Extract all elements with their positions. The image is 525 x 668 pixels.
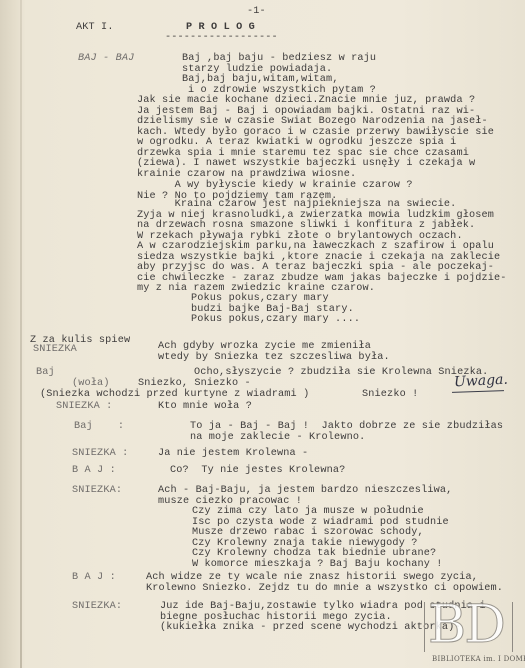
paragraph-line: drzewka spia i mnie staremu tez spac sie… — [137, 148, 469, 159]
verse-line: i o zdrowie wszystkich pytam ? — [188, 85, 376, 96]
verse-line: Baj,baj baju,witam,witam, — [182, 74, 339, 85]
page-fold — [20, 0, 22, 668]
speaker-label: (woła) — [72, 378, 110, 389]
paragraph-line: cie chwileczke - zaraz zbudze wam jakas … — [137, 273, 507, 284]
watermark-bar-right — [512, 602, 513, 652]
dialogue-line: Czy Krolewny znaja takie niewygody ? — [192, 538, 418, 549]
speaker-label: B A J : — [72, 465, 116, 476]
speaker-label: SNIEZKA : — [56, 401, 112, 412]
paragraph-line: siedza wszystkie bajki ,ktore znacie i c… — [137, 252, 500, 263]
paragraph-line: w ogrodku. A teraz kwiatki w ogrodku jes… — [137, 137, 456, 148]
watermark-letters: BD — [428, 598, 504, 652]
dialogue-line: Sniezko ! — [362, 389, 418, 400]
paragraph-line: aby przyjsc do was. A teraz bajeczki spi… — [137, 262, 494, 273]
speaker-label: SNIEZKA: — [72, 485, 122, 496]
speaker-label: SNIEZKA: — [72, 601, 122, 612]
title-underline: ------------------ — [165, 32, 278, 43]
scanned-page: -1- AKT I. P R O L O G -----------------… — [0, 0, 525, 668]
paragraph-line: dzielismy sie w czasie Swiat Bozego Naro… — [137, 116, 488, 127]
watermark-caption: BIBLIOTEKA im. I DOMEYKI — [432, 655, 525, 663]
paragraph-line: kach. Wtedy było goraco i w czasie przer… — [137, 127, 494, 138]
dialogue-line: na moje zaklecie - Krolewno. — [190, 432, 365, 443]
dialogue-line: biegne posłuchac historii mego zycia. — [160, 612, 392, 623]
paragraph-line: Jak sie macie kochane dzieci.Znacie mnie… — [137, 95, 475, 106]
dialogue-line: (kukiełka znika - przed scene wychodzi a… — [160, 622, 461, 633]
spell-line: budzi bajke Baj-Baj stary. — [191, 304, 354, 315]
dialogue-line: Kto mnie woła ? — [158, 401, 252, 412]
paragraph-line: krainie czarow na prawdziwa wiosne. — [137, 169, 356, 180]
paragraph-line: na drzewach rosna smazone sliwki i konfi… — [137, 220, 475, 231]
paragraph-line: Ja jestem Baj - Baj i opowiadam bajki. O… — [137, 106, 475, 117]
song-line: wtedy by Sniezka tez szczesliwa była. — [158, 352, 390, 363]
dialogue-line: Ach - Baj-Baju, ja jestem bardzo nieszcz… — [158, 485, 452, 496]
dialogue-line: Ach widze ze ty wcale nie znasz historii… — [146, 572, 478, 583]
dialogue-line: Sniezko, Sniezko - — [138, 378, 251, 389]
dialogue-line: Krolewno Sniezko. Zejdz tu do mnie a wsz… — [146, 583, 503, 594]
paragraph-line: Zyja w niej krasnoludki,a zwierzatka mow… — [137, 210, 494, 221]
spell-line: Pokus pokus,czary mary — [191, 293, 329, 304]
handwritten-underline — [452, 390, 504, 393]
speaker-label: B A J : — [72, 572, 116, 583]
paragraph-line: A wy byłyscie kiedy w krainie czarow ? — [137, 180, 413, 191]
dialogue-line: musze ciezko pracowac ! — [158, 496, 302, 507]
song-line: Ach gdyby wrozka zycie me zmieniła — [158, 341, 371, 352]
dialogue-line: W komorce mieszkaja ? Baj Baju kochany ! — [192, 559, 443, 570]
speaker-label: SNIEZKA : — [72, 448, 128, 459]
dialogue-line: Isc po czysta wode z wiadrami pod studni… — [192, 517, 449, 528]
act-label: AKT I. — [76, 22, 114, 33]
speaker-label: Baj : — [74, 421, 124, 432]
dialogue-line: To ja - Baj - Baj ! Jakto dobrze ze sie … — [190, 421, 503, 432]
dialogue-line: Musze drzewo rabac i szorowac schody, — [192, 527, 424, 538]
dialogue-line: Ocho,słyszycie ? zbudziła sie Krolewna S… — [194, 367, 488, 378]
handwritten-note: Uwaga. — [454, 372, 509, 391]
spell-line: Pokus pokus,czary mary .... — [191, 314, 360, 325]
offstage-speaker: SNIEZKA — [33, 344, 77, 355]
watermark-bar-left — [424, 602, 425, 652]
library-watermark: BD — [420, 598, 520, 656]
paragraph-line: (ziewa). I nawet wszystkie bajeczki usnę… — [137, 158, 475, 169]
dialogue-line: Co? Ty nie jestes Krolewna? — [170, 465, 345, 476]
paragraph-line: A w czarodziejskim parku,na ławeczkach z… — [137, 241, 494, 252]
page-number: -1- — [247, 6, 266, 17]
dialogue-line: Czy Krolewny chodza tak biednie ubrane? — [192, 548, 436, 559]
dialogue-line: Czy zima czy lato ja musze w południe — [192, 506, 424, 517]
dialogue-line: Ja nie jestem Krolewna - — [158, 448, 308, 459]
dialogue-line: (Sniezka wchodzi przed kurtyne z wiadram… — [40, 389, 309, 400]
paragraph-line: W rzekach pływaja rybki złote o brylanto… — [137, 231, 463, 242]
speaker-label: Baj — [36, 367, 55, 378]
verse-line: Baj ,baj baju - bedziesz w raju — [182, 53, 376, 64]
paragraph-line: Kraina czarow jest najpiekniejsza na swi… — [137, 199, 456, 210]
verse-line: starzy ludzie powiadaja. — [182, 64, 332, 75]
speaker-baj: BAJ - BAJ — [78, 53, 134, 64]
